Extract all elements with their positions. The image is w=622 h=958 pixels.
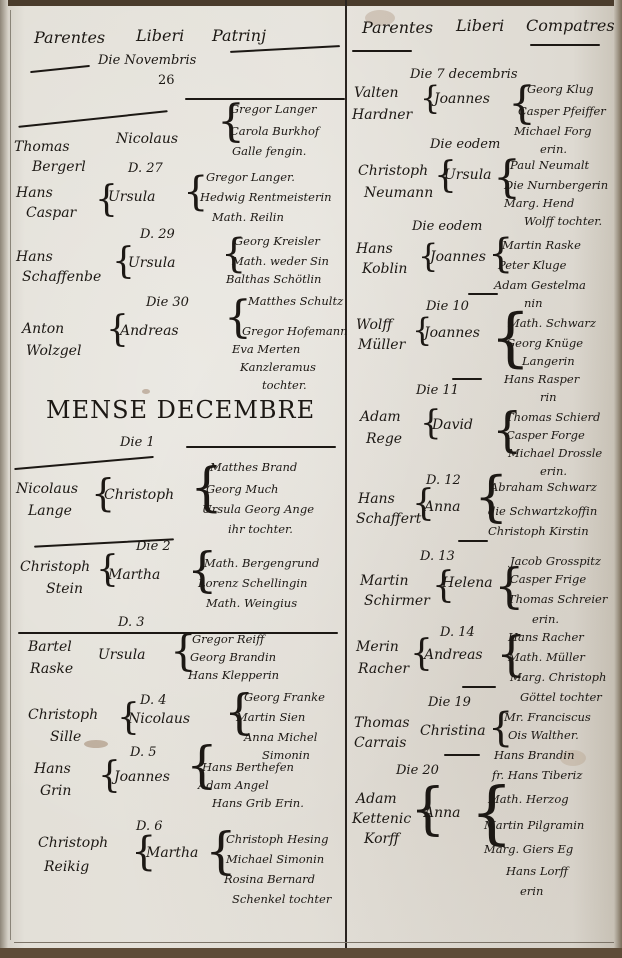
parent-name: Müller <box>358 338 405 352</box>
parent-name: Anton <box>22 322 64 336</box>
page-top-edge <box>0 0 622 6</box>
godparent-name: Hans Berthefen <box>202 762 294 774</box>
godparent-name: Martin Sien <box>236 712 305 724</box>
godparent-name: Matthes Schultz <box>248 296 343 308</box>
child-name: Ursula <box>108 190 156 204</box>
parent-name: Christoph <box>358 164 428 178</box>
parent-name: Racher <box>358 662 409 676</box>
parent-name: Caspar <box>26 206 76 220</box>
header-patrinj: Patrinj <box>212 28 266 44</box>
godparent-name: Georg Much <box>206 484 278 496</box>
parent-name: Martin <box>360 574 409 588</box>
parent-name: Hans <box>34 762 71 776</box>
entry-date: Die 30 <box>146 296 189 309</box>
page-right-edge <box>614 0 622 958</box>
godparent-name: Abraham Schwarz <box>490 482 597 494</box>
godparent-name: Georg Knüge <box>506 338 583 350</box>
header-compatres: Compatres <box>526 18 615 34</box>
parent-name: Sille <box>50 730 81 744</box>
godparent-name: Math. Weingius <box>206 598 297 610</box>
godparent-name: Paul Neumalt <box>510 160 589 172</box>
godparent-name: Adam Angel <box>198 780 269 792</box>
parent-name: Hans <box>16 250 53 264</box>
child-name: David <box>432 418 473 432</box>
flourish <box>462 686 496 688</box>
godparent-name: Hans Brandin <box>494 750 575 762</box>
parent-name: Raske <box>30 662 73 676</box>
flourish <box>458 540 488 542</box>
entry-date: D. 5 <box>130 746 157 759</box>
godparent-name: Math. Schwarz <box>508 318 596 330</box>
godparent-name: Gregor Langer. <box>206 172 295 184</box>
child-name: Ursula <box>98 648 146 662</box>
godparent-name: Peter Kluge <box>498 260 566 272</box>
parent-name: Hans <box>16 186 53 200</box>
godparent-name: Adam Gestelma <box>494 280 586 292</box>
godparent-name: Marg. Giers Eg <box>484 844 573 856</box>
page-left-edge <box>0 0 8 958</box>
entry-date: Die 19 <box>428 696 471 709</box>
parent-name: Bartel <box>28 640 72 654</box>
child-name: Joannes <box>430 250 486 264</box>
flourish <box>444 754 480 756</box>
parent-name: Stein <box>46 582 83 596</box>
flourish <box>185 98 345 100</box>
godparent-name: Hans Racher <box>508 632 584 644</box>
godparent-name: Hans Grib Erin. <box>212 798 304 810</box>
parent-name: Grin <box>40 784 71 798</box>
flourish <box>14 456 154 470</box>
header-liberi-left: Liberi <box>136 28 184 44</box>
entry-date: Die eodem <box>430 138 500 151</box>
godparent-name: Jacob Grosspitz <box>510 556 601 568</box>
godparent-name: Marg. Hend <box>504 198 574 210</box>
flourish <box>186 446 336 448</box>
godparent-name: Thomas Schierd <box>506 412 600 424</box>
parent-name: Hardner <box>352 108 412 122</box>
parent-name: Merin <box>356 640 399 654</box>
entry-date: Die 10 <box>426 300 469 313</box>
godparent-name: Mr. Franciscus <box>504 712 591 724</box>
parent-name: Adam <box>360 410 401 424</box>
entry-date: D. 4 <box>140 694 167 707</box>
godparent-name: erin <box>520 886 543 898</box>
parent-name: Christoph <box>28 708 98 722</box>
flourish <box>18 110 167 127</box>
parent-name: Hans <box>356 242 393 256</box>
stain <box>142 389 150 394</box>
parent-name: Carrais <box>354 736 406 750</box>
parent-name: Thomas <box>14 140 70 154</box>
page-bottom-edge <box>0 948 622 958</box>
godparent-name: Schenkel tochter <box>232 894 331 906</box>
flourish <box>468 293 498 295</box>
column-divider <box>345 0 347 948</box>
parent-name: Korff <box>364 832 399 846</box>
parent-name: Thomas <box>354 716 410 730</box>
header-liberi-right: Liberi <box>456 18 504 34</box>
child-name: Joannes <box>424 326 480 340</box>
godparent-name: erin. <box>540 466 567 478</box>
godparent-name: erin. <box>540 144 567 156</box>
parent-name: Wolzgel <box>26 344 81 358</box>
godparent-name: Martin Raske <box>502 240 581 252</box>
parent-name: Nicolaus <box>16 482 78 496</box>
entry-date: D. 3 <box>118 616 145 629</box>
brace: { <box>470 780 513 848</box>
month-day-label: Die 1 <box>120 436 155 449</box>
header-parentes-right: Parentes <box>362 20 433 36</box>
godparent-name: Math. Reilin <box>212 212 284 224</box>
godparent-name: Math. weder Sin <box>232 256 329 268</box>
parent-name: Schaffenbe <box>22 270 101 284</box>
godparent-name: ihr tochter. <box>228 524 293 536</box>
godparent-name: Wolff tochter. <box>524 216 602 228</box>
register-page: Parentes Liberi Patrinj Die Novembris 26… <box>0 0 622 958</box>
parent-name: Koblin <box>362 262 407 276</box>
godparent-name: Rosina Bernard <box>224 874 315 886</box>
flourish <box>352 50 412 52</box>
godparent-name: die Schwartzkoffin <box>488 506 597 518</box>
parent-name: Valten <box>354 86 399 100</box>
godparent-name: Eva Merten <box>232 344 300 356</box>
godparent-name: Hans Rasper <box>504 374 579 386</box>
godparent-name: Georg Franke <box>244 692 325 704</box>
date-label-november: Die Novembris <box>98 54 196 67</box>
date-number-26: 26 <box>158 74 175 87</box>
godparent-name: Carola Burkhof <box>230 126 319 138</box>
parent-name: Hans <box>358 492 395 506</box>
child-name: Christoph <box>104 488 174 502</box>
godparent-name: Michael Simonin <box>226 854 324 866</box>
child-name: Nicolaus <box>116 132 178 146</box>
godparent-name: rin <box>540 392 557 404</box>
child-name: Andreas <box>120 324 179 338</box>
child-name: Christina <box>420 724 486 738</box>
entry-date: D. 14 <box>440 626 475 639</box>
flourish <box>30 65 90 73</box>
left-margin-rule <box>10 10 11 940</box>
godparent-name: Georg Kreisler <box>234 236 320 248</box>
parent-name: Lange <box>28 504 72 518</box>
flourish <box>230 45 340 52</box>
parent-name: Rege <box>366 432 402 446</box>
godparent-name: Kanzleramus <box>240 362 316 374</box>
child-name: Martha <box>146 846 198 860</box>
godparent-name: Gregor Langer <box>230 104 317 116</box>
entry-date: D. 29 <box>140 228 175 241</box>
godparent-name: Marg. Christoph <box>510 672 606 684</box>
godparent-name: Lorenz Schellingin <box>198 578 307 590</box>
child-name: Martha <box>108 568 160 582</box>
godparent-name: Michael Forg <box>514 126 591 138</box>
godparent-name: Hedwig Rentmeisterin <box>200 192 332 204</box>
godparent-name: Casper Frige <box>510 574 586 586</box>
godparent-name: Ois Walther. <box>508 730 579 742</box>
godparent-name: tochter. <box>262 380 307 392</box>
godparent-name: Math. Herzog <box>488 794 569 806</box>
entry-date: Die 20 <box>396 764 439 777</box>
child-name: Joannes <box>434 92 490 106</box>
child-name: Anna <box>424 806 461 820</box>
child-name: Nicolaus <box>128 712 190 726</box>
entry-date: Die 11 <box>416 384 459 397</box>
godparent-name: Hans Klepperin <box>188 670 279 682</box>
godparent-name: Michael Drossle <box>508 448 602 460</box>
godparent-name: Göttel tochter <box>520 692 602 704</box>
parent-name: Schirmer <box>364 594 430 608</box>
godparent-name: Gregor Reiff <box>192 634 264 646</box>
godparent-name: Thomas Schreier <box>508 594 607 606</box>
entry-date: D. 13 <box>420 550 455 563</box>
godparent-name: Math. Bergengrund <box>204 558 319 570</box>
parent-name: Christoph <box>38 836 108 850</box>
godparent-name: Balthas Schötlin <box>226 274 321 286</box>
godparent-name: Christoph Kirstin <box>488 526 589 538</box>
godparent-name: Casper Forge <box>506 430 585 442</box>
flourish <box>530 44 600 46</box>
godparent-name: Math. Müller <box>508 652 585 664</box>
godparent-name: Matthes Brand <box>210 462 297 474</box>
godparent-name: Georg Brandin <box>190 652 276 664</box>
godparent-name: Die Nurnbergerin <box>504 180 608 192</box>
godparent-name: Christoph Hesing <box>226 834 328 846</box>
parent-name: Kettenic <box>352 812 411 826</box>
parent-name: Reikig <box>44 860 89 874</box>
godparent-name: Gregor Hofemann <box>242 326 348 338</box>
parent-name: Christoph <box>20 560 90 574</box>
godparent-name: Hans Lorff <box>506 866 568 878</box>
godparent-name: Anna Michel <box>244 732 317 744</box>
godparent-name: Langerin <box>522 356 575 368</box>
bottom-rule <box>14 942 614 943</box>
godparent-name: erin. <box>532 614 559 626</box>
child-name: Anna <box>424 500 461 514</box>
godparent-name: Ursula Georg Ange <box>202 504 314 516</box>
godparent-name: Georg Klug <box>527 84 593 96</box>
child-name: Ursula <box>128 256 176 270</box>
child-name: Andreas <box>424 648 483 662</box>
child-name: Joannes <box>114 770 170 784</box>
child-name: Helena <box>442 576 493 590</box>
header-parentes-left: Parentes <box>34 30 105 46</box>
parent-name: Neumann <box>364 186 433 200</box>
godparent-name: Casper Pfeiffer <box>518 106 606 118</box>
godparent-name: Martin Pilgramin <box>484 820 584 832</box>
entry-date: Die eodem <box>412 220 482 233</box>
parent-name: Wolff <box>356 318 392 332</box>
godparent-name: Galle fengin. <box>232 146 306 158</box>
parent-name: Bergerl <box>32 160 86 174</box>
entry-date: Die 2 <box>136 540 171 553</box>
entry-date: D. 27 <box>128 162 163 175</box>
month-heading: MENSE DECEMBRE <box>46 398 315 422</box>
flourish <box>452 378 482 380</box>
child-name: Ursula <box>444 168 492 182</box>
parent-name: Adam <box>356 792 397 806</box>
stain <box>84 740 108 748</box>
